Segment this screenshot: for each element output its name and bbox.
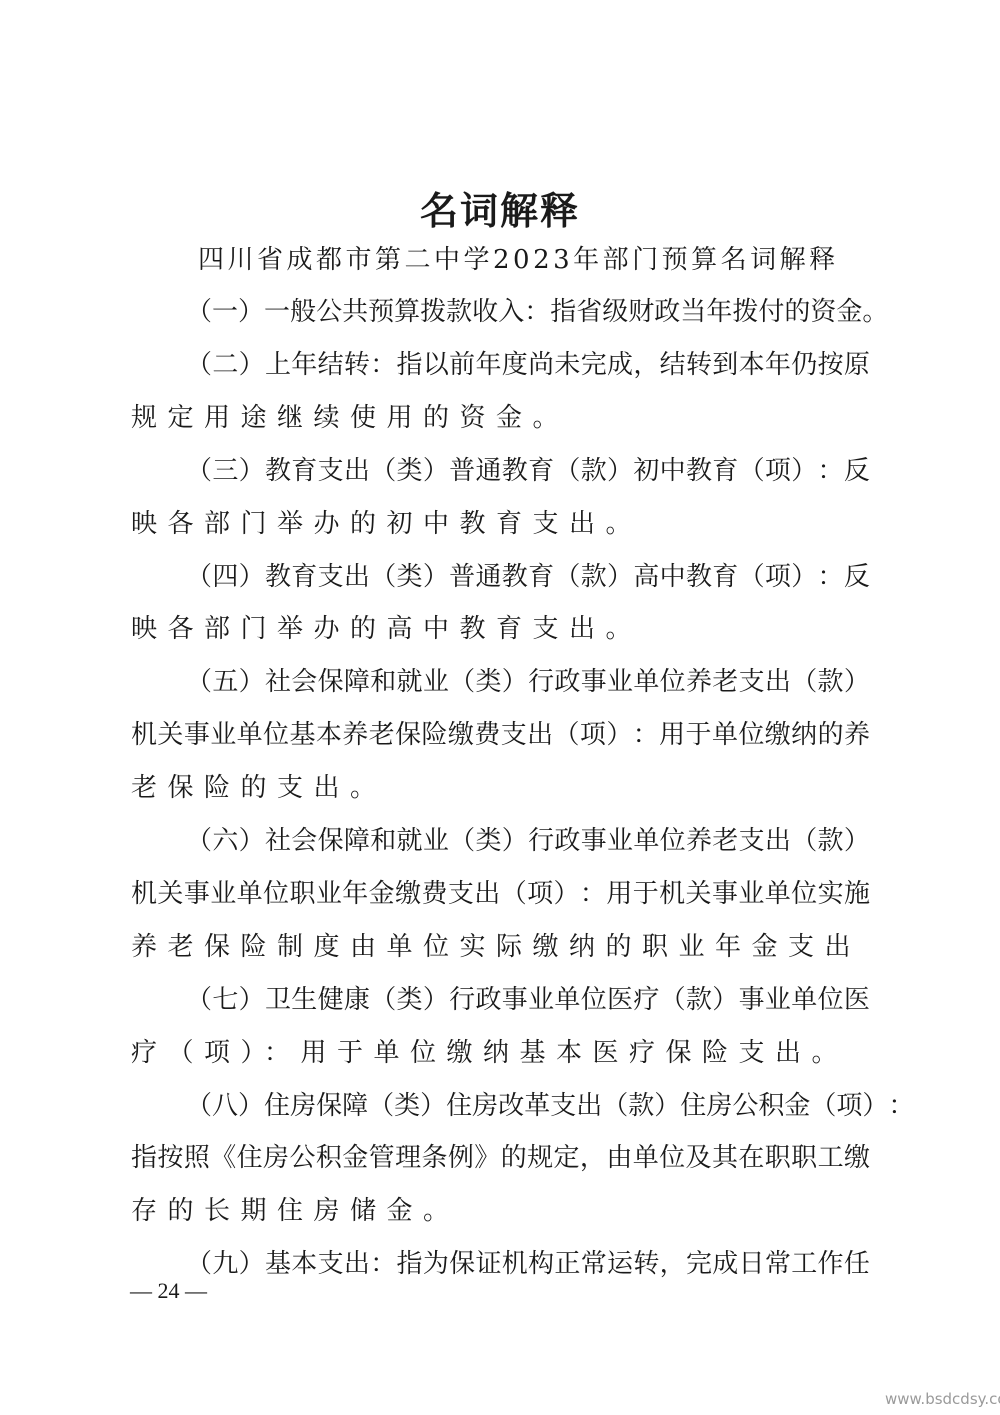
- text-line: 养老保险制度由单位实际缴纳的职业年金支出: [131, 926, 861, 963]
- text-line: （六）社会保障和就业（类）行政事业单位养老支出（款）: [186, 820, 870, 857]
- text-line: 老保险的支出。: [131, 767, 387, 804]
- page-title: 名词解释: [0, 180, 1000, 235]
- text-line: 机关事业单位职业年金缴费支出（项）：用于机关事业单位实施: [131, 873, 870, 910]
- text-line: （八）住房保障（类）住房改革支出（款）住房公积金（项）：: [186, 1085, 870, 1122]
- text-line: （七）卫生健康（类）行政事业单位医疗（款）事业单位医: [186, 979, 870, 1016]
- text-line: （九）基本支出：指为保证机构正常运转，完成日常工作任: [186, 1243, 870, 1280]
- text-line: （四）教育支出（类）普通教育（款）高中教育（项）：反: [186, 556, 870, 593]
- watermark: www.bsdcdsy.com: [885, 1390, 1000, 1408]
- document-subtitle: 四川省成都市第二中学2023年部门预算名词解释: [198, 239, 839, 276]
- text-line: 机关事业单位基本养老保险缴费支出（项）：用于单位缴纳的养: [131, 714, 870, 751]
- text-line: （三）教育支出（类）普通教育（款）初中教育（项）：反: [186, 450, 870, 487]
- text-line: （二）上年结转：指以前年度尚未完成，结转到本年仍按原: [186, 344, 870, 381]
- text-line: 规定用途继续使用的资金。: [131, 397, 569, 434]
- text-line: （五）社会保障和就业（类）行政事业单位养老支出（款）: [186, 661, 870, 698]
- text-line: 映各部门举办的高中教育支出。: [131, 608, 642, 645]
- page-number: — 24 —: [130, 1278, 207, 1304]
- text-line: 映各部门举办的初中教育支出。: [131, 503, 642, 540]
- text-line: （一）一般公共预算拨款收入：指省级财政当年拨付的资金。: [186, 291, 870, 328]
- text-line: 存的长期住房储金。: [131, 1190, 460, 1227]
- text-line: 疗（项）：用于单位缴纳基本医疗保险支出。: [131, 1032, 848, 1069]
- text-line: 指按照《住房公积金管理条例》的规定，由单位及其在职职工缴: [131, 1137, 870, 1174]
